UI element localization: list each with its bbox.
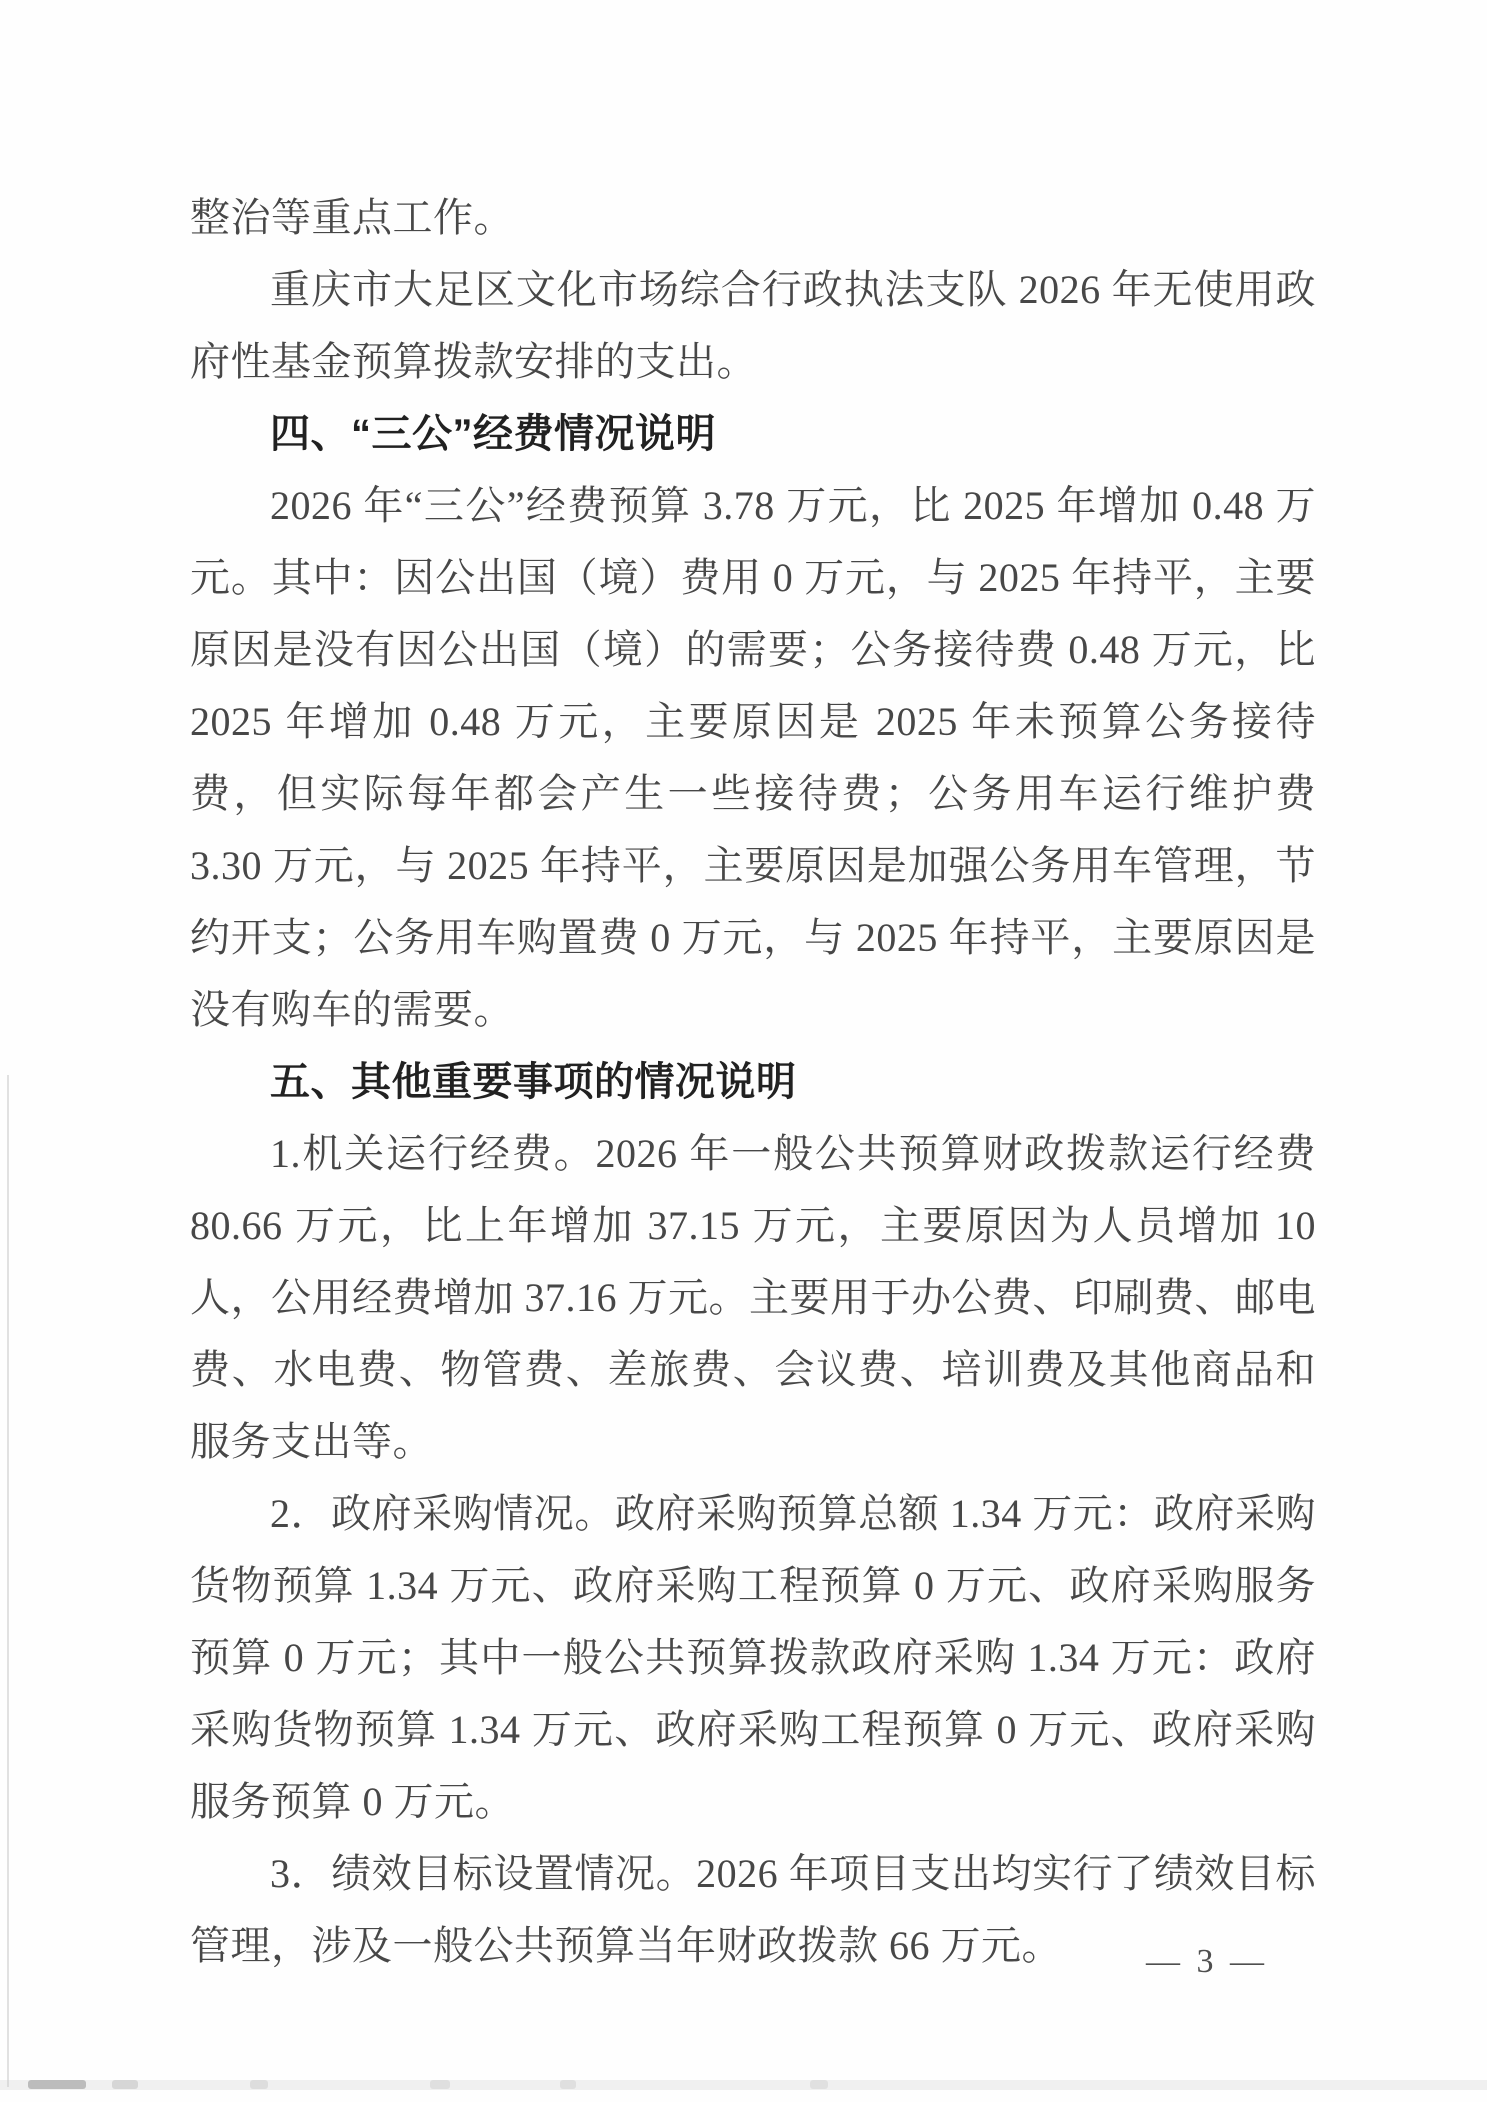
scan-smudge [560, 2080, 576, 2089]
scan-artifact-bottom-band [0, 2080, 1487, 2090]
scan-smudge [28, 2080, 86, 2089]
paragraph: 整治等重点工作。 [190, 182, 1316, 254]
scan-smudge [250, 2080, 268, 2089]
scan-smudge [810, 2080, 828, 2089]
scan-artifact-vertical-line [7, 1075, 9, 2087]
section-heading: 四、“三公”经费情况说明 [190, 398, 1316, 470]
paragraph: 2．政府采购情况。政府采购预算总额 1.34 万元：政府采购货物预算 1.34 … [190, 1478, 1316, 1838]
section-heading: 五、其他重要事项的情况说明 [190, 1046, 1316, 1118]
document-page: 整治等重点工作。重庆市大足区文化市场综合行政执法支队 2026 年无使用政府性基… [0, 0, 1487, 2102]
page-number: — 3 — [1146, 1942, 1268, 1982]
scan-smudge [430, 2080, 450, 2089]
scan-smudge [112, 2080, 138, 2089]
paragraph: 重庆市大足区文化市场综合行政执法支队 2026 年无使用政府性基金预算拨款安排的… [190, 254, 1316, 398]
document-body: 整治等重点工作。重庆市大足区文化市场综合行政执法支队 2026 年无使用政府性基… [190, 182, 1316, 1982]
paragraph: 1.机关运行经费。2026 年一般公共预算财政拨款运行经费 80.66 万元，比… [190, 1118, 1316, 1478]
paragraph: 2026 年“三公”经费预算 3.78 万元，比 2025 年增加 0.48 万… [190, 470, 1316, 1046]
